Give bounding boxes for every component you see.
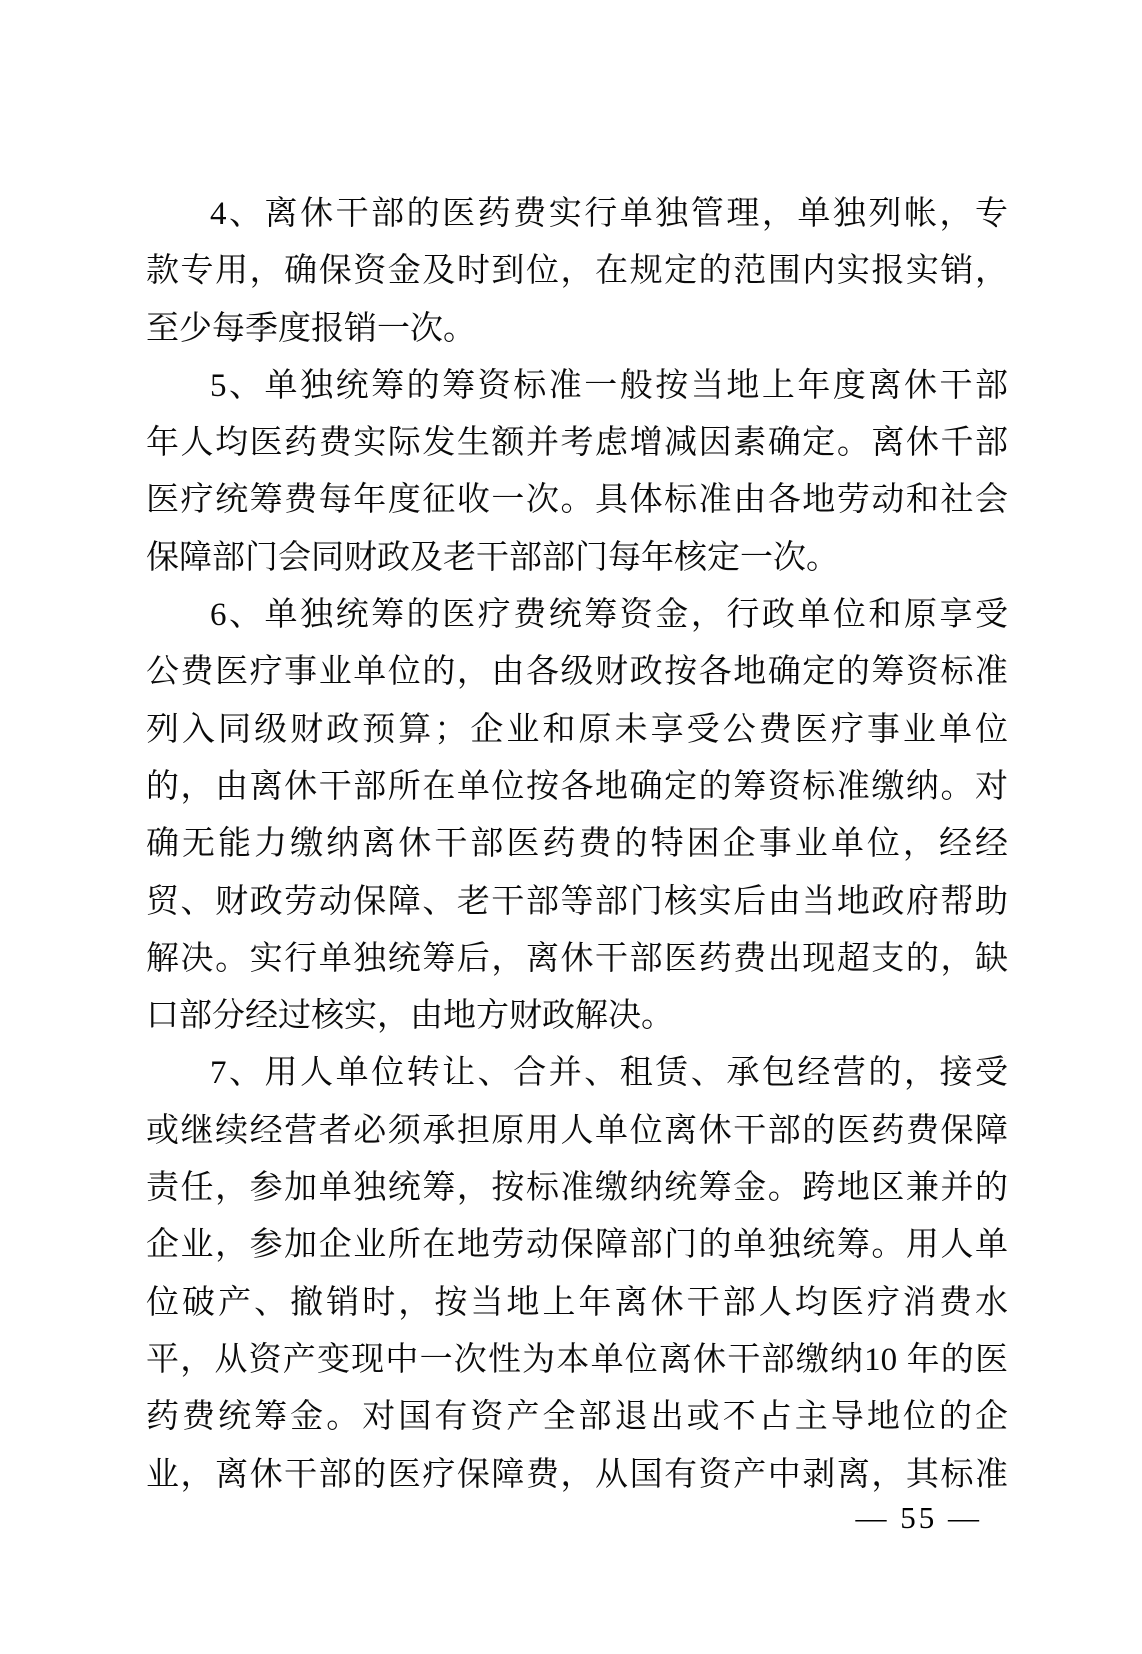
- text-line: 企业，参加企业所在地劳动保障部门的单独统筹。用人单: [146, 1217, 1008, 1274]
- text-line: 公费医疗事业单位的，由各级财政按各地确定的筹资标准: [146, 644, 1008, 701]
- text-line: 7、用人单位转让、合并、租赁、承包经营的，接受: [146, 1045, 1008, 1102]
- text-line: 药费统筹金。对国有资产全部退出或不占主导地位的企: [146, 1389, 1008, 1446]
- text-line: 5、单独统筹的筹资标准一般按当地上年度离休干部: [146, 358, 1008, 415]
- paragraph-5: 5、单独统筹的筹资标准一般按当地上年度离休干部 年人均医药费实际发生额并考虑增减…: [146, 358, 1008, 587]
- text-line: 确无能力缴纳离休干部医药费的特困企事业单位，经经: [146, 816, 1008, 873]
- text-line: 口部分经过核实，由地方财政解决。: [146, 988, 1008, 1045]
- page-footer: — 55 —: [146, 1498, 1008, 1538]
- text-line: 至少每季度报销一次。: [146, 301, 1008, 358]
- page-number: — 55 —: [856, 1498, 1009, 1538]
- text-line: 平，从资产变现中一次性为本单位离休干部缴纳10 年的医: [146, 1332, 1008, 1389]
- text-line: 业，离休干部的医疗保障费，从国有资产中剥离，其标准: [146, 1447, 1008, 1504]
- text-line: 列入同级财政预算；企业和原未享受公费医疗事业单位: [146, 702, 1008, 759]
- text-line: 贸、财政劳动保障、老干部等部门核实后由当地政府帮助: [146, 874, 1008, 931]
- text-line: 的，由离休干部所在单位按各地确定的筹资标准缴纳。对: [146, 759, 1008, 816]
- text-line: 医疗统筹费每年度征收一次。具体标准由各地劳动和社会: [146, 472, 1008, 529]
- paragraph-7: 7、用人单位转让、合并、租赁、承包经营的，接受 或继续经营者必须承担原用人单位离…: [146, 1045, 1008, 1503]
- text-line: 6、单独统筹的医疗费统筹资金，行政单位和原享受: [146, 587, 1008, 644]
- text-line: 款专用，确保资金及时到位，在规定的范围内实报实销，: [146, 243, 1008, 300]
- text-line: 位破产、撤销时，按当地上年离休干部人均医疗消费水: [146, 1275, 1008, 1332]
- text-line: 保障部门会同财政及老干部部门每年核定一次。: [146, 530, 1008, 587]
- text-line: 解决。实行单独统筹后，离休干部医药费出现超支的，缺: [146, 931, 1008, 988]
- document-body: 4、离休干部的医药费实行单独管理，单独列帐，专 款专用，确保资金及时到位，在规定…: [146, 186, 1008, 1504]
- text-line: 年人均医药费实际发生额并考虑增减因素确定。离休千部: [146, 415, 1008, 472]
- text-line: 4、离休干部的医药费实行单独管理，单独列帐，专: [146, 186, 1008, 243]
- paragraph-4: 4、离休干部的医药费实行单独管理，单独列帐，专 款专用，确保资金及时到位，在规定…: [146, 186, 1008, 358]
- paragraph-6: 6、单独统筹的医疗费统筹资金，行政单位和原享受 公费医疗事业单位的，由各级财政按…: [146, 587, 1008, 1045]
- text-line: 责任，参加单独统筹，按标准缴纳统筹金。跨地区兼并的: [146, 1160, 1008, 1217]
- text-line: 或继续经营者必须承担原用人单位离休干部的医药费保障: [146, 1103, 1008, 1160]
- document-page: 4、离休干部的医药费实行单独管理，单独列帐，专 款专用，确保资金及时到位，在规定…: [0, 0, 1142, 1654]
